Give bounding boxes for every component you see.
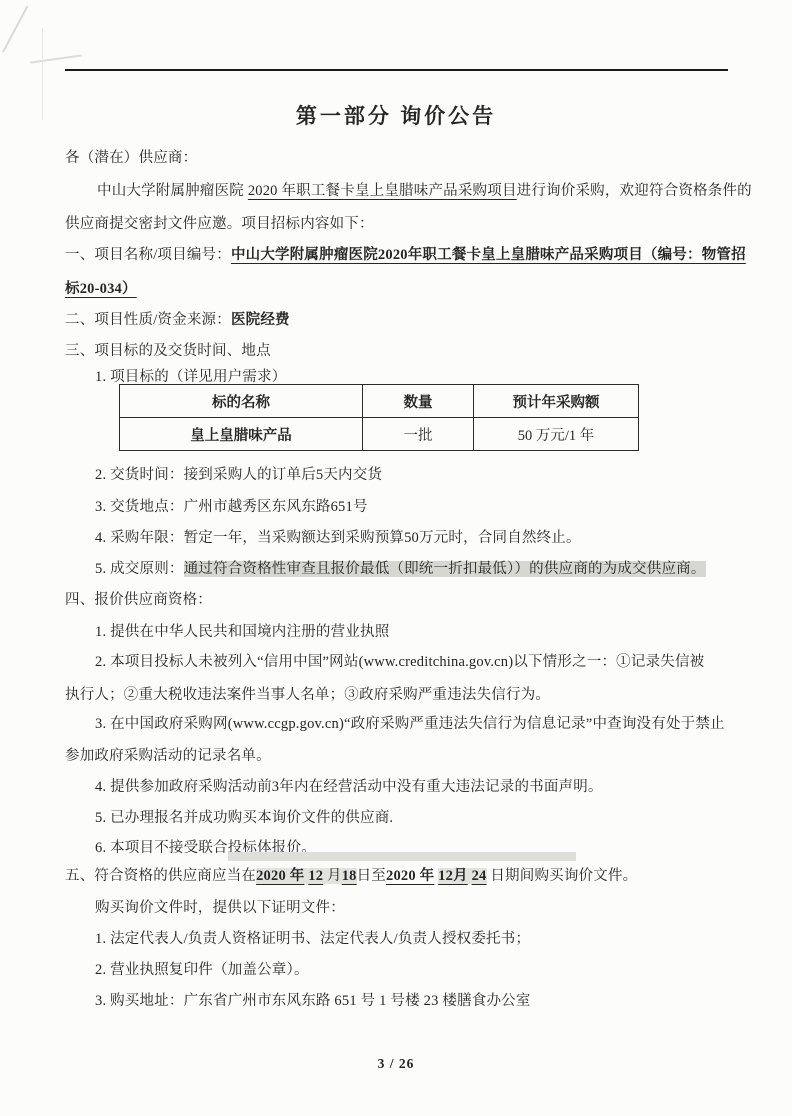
intro-line-1: 中山大学附属肿瘤医院 2020 年职工餐卡皇上皇腊味产品采购项目进行询价采购，欢… [97,181,752,201]
section-4-item-4: 4. 提供参加政府采购活动前3年内在经营活动中没有重大违法记录的书面声明。 [95,777,603,797]
section-1-value-wrap: 标20-034） [65,279,137,299]
section-4-item-3-line-2: 参加政府采购活动的记录名单。 [65,746,271,766]
purchase-end-day: 24 [472,868,487,884]
section-5-heading: 五、符合资格的供应商应当在2020 年 12 月18日至2020 年 12月 2… [65,866,637,886]
salutation: 各（潜在）供应商： [65,148,197,168]
section-2-label: 二、项目性质/资金来源： [65,312,231,328]
section-4-item-5: 5. 已办理报名并成功购买本询价文件的供应商. [95,808,393,828]
section-3-item-4: 4. 采购年限：暂定一年，当采购额达到采购预算50万元时，合同自然终止。 [95,528,581,548]
subject-table: 标的名称 数量 预计年采购额 皇上皇腊味产品 一批 50 万元/1 年 [119,384,639,451]
section-4-heading: 四、报价供应商资格： [65,590,212,610]
purchase-end-month: 12月 [438,868,468,884]
page-number: 3 / 26 [0,1056,792,1072]
section-2-value: 医院经费 [231,312,290,328]
table-row: 皇上皇腊味产品 一批 50 万元/1 年 [120,418,639,451]
section-5-prefix: 五、符合资格的供应商应当在 [65,868,256,884]
section-4-item-2-line-2: 执行人；②重大税收违法案件当事人名单；③政府采购严重违法失信行为。 [65,685,550,705]
section-4-item-3-line-1: 3. 在中国政府采购网(www.ccgp.gov.cn)“政府采购严重违法失信行… [95,714,725,734]
date-separator: 月 [323,868,342,884]
item-5-label: 5. 成交原则： [95,561,184,577]
section-5-item-1: 1. 法定代表人/负责人资格证明书、法定代表人/负责人授权委托书； [95,929,530,949]
section-1-project-name: 一、项目名称/项目编号：中山大学附属肿瘤医院2020年职工餐卡皇上皇腊味产品采购… [65,245,746,265]
section-1-value-continued: 标20-034） [65,281,137,297]
purchase-start-year: 2020 年 [256,868,304,884]
table-cell-annual-amount: 50 万元/1 年 [474,418,639,451]
section-4-item-2-line-1: 2. 本项目投标人未被列入“信用中国”网站(www.creditchina.go… [95,652,704,672]
section-1-value: 中山大学附属肿瘤医院2020年职工餐卡皇上皇腊味产品采购项目（编号：物管招 [231,247,746,263]
project-name-underlined: 2020 年职工餐卡皇上皇腊味产品采购项目 [248,183,517,199]
purchase-start-month: 12 [308,868,323,884]
table-cell-name: 皇上皇腊味产品 [120,418,363,451]
scanned-document-page: 第一部分 询价公告 各（潜在）供应商： 中山大学附属肿瘤医院 2020 年职工餐… [0,0,792,1116]
table-header-quantity: 数量 [363,385,474,418]
scan-highlight-artifact [228,852,576,861]
purchase-start-day: 18 [342,868,357,884]
intro-text: 中山大学附属肿瘤医院 [97,183,248,199]
table-header-annual-amount: 预计年采购额 [474,385,639,418]
header-rule [65,69,728,71]
table-header-row: 标的名称 数量 预计年采购额 [120,385,639,418]
section-1-label: 一、项目名称/项目编号： [65,247,231,263]
item-5-highlighted-text: 通过符合资格性审查且报价最低（即统一折扣最低））的供应商的为成交供应商。 [184,561,706,577]
section-5-subheading: 购买询价文件时，提供以下证明文件： [95,898,345,918]
section-2-funding: 二、项目性质/资金来源：医院经费 [65,310,290,330]
section-5-item-3: 3. 购买地址：广东省广州市东风东路 651 号 1 号楼 23 楼膳食办公室 [95,991,531,1011]
date-mid-text: 日至 [357,868,386,884]
section-3-heading: 三、项目标的及交货时间、地点 [65,341,271,361]
page-title: 第一部分 询价公告 [0,100,792,130]
intro-text: 进行询价采购，欢迎符合资格条件的 [517,183,752,199]
section-5-suffix: 日期间购买询价文件。 [487,868,638,884]
section-3-item-2: 2. 交货时间：接到采购人的订单后5天内交货 [95,465,382,485]
section-4-item-1: 1. 提供在中华人民共和国境内注册的营业执照 [95,622,389,642]
table-header-name: 标的名称 [120,385,363,418]
purchase-end-year: 2020 年 [386,868,434,884]
section-3-item-3: 3. 交货地点：广州市越秀区东风东路651号 [95,497,368,517]
intro-line-2: 供应商提交密封文件应邀。项目招标内容如下： [65,214,374,234]
section-3-item-5: 5. 成交原则：通过符合资格性审查且报价最低（即统一折扣最低））的供应商的为成交… [95,559,706,579]
table-cell-quantity: 一批 [363,418,474,451]
section-5-item-2: 2. 营业执照复印件（加盖公章）。 [95,960,309,980]
